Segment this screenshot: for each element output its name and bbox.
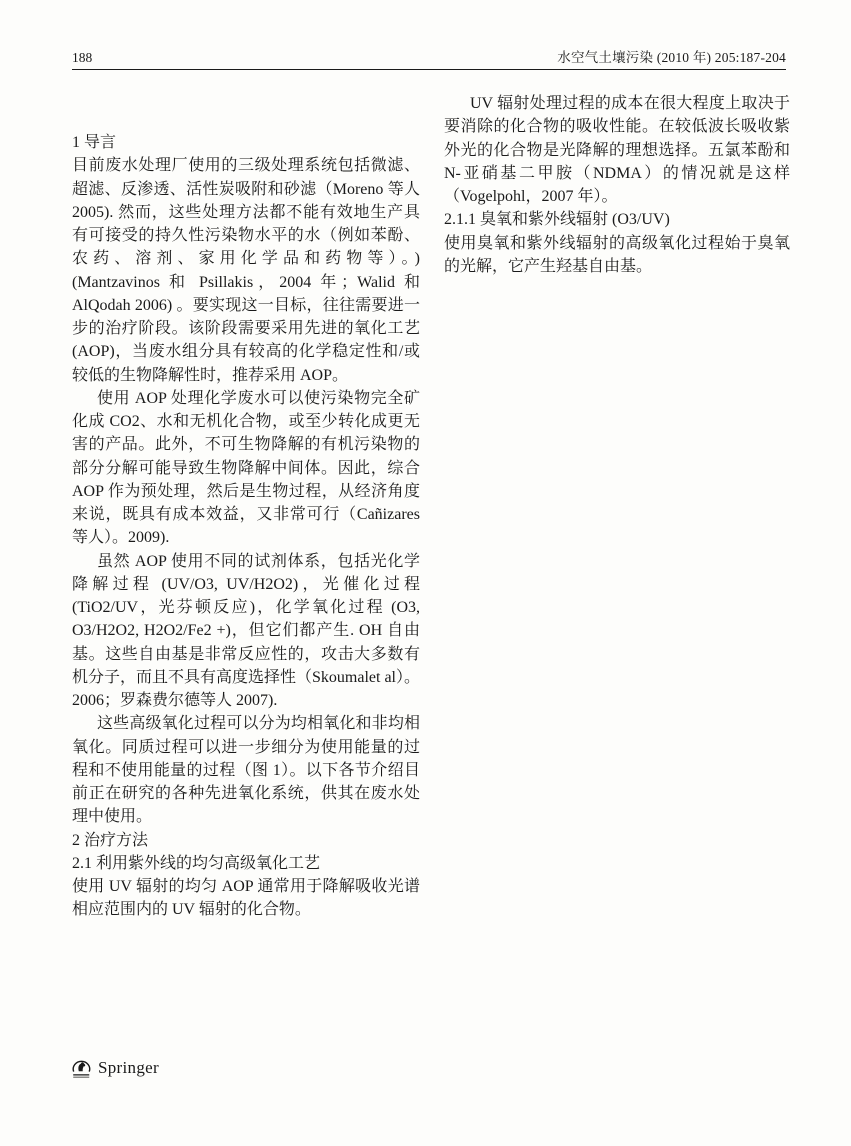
paragraph-aop-classification: 这些高级氧化过程可以分为均相氧化和非均相氧化。同质过程可以进一步细分为使用能量的… bbox=[72, 712, 420, 828]
publisher-logo: Springer bbox=[70, 1056, 159, 1080]
section-2-1-heading: 2.1 利用紫外线的均匀高级氧化工艺 bbox=[72, 852, 420, 875]
section-2-1-1-heading: 2.1.1 臭氧和紫外线辐射 (O3/UV) bbox=[444, 208, 790, 231]
page-number: 188 bbox=[72, 50, 92, 66]
paragraph-aop-mineralization: 使用 AOP 处理化学废水可以使污染物完全矿化成 CO2、水和无机化合物，或至少… bbox=[72, 387, 420, 550]
page-header: 188 水空气土壤污染 (2010 年) 205:187-204 bbox=[72, 50, 786, 70]
paragraph-uv-cost: UV 辐射处理过程的成本在很大程度上取决于要消除的化合物的吸收性能。在较低波长吸… bbox=[444, 92, 790, 208]
section-1-heading: 1 导言 bbox=[72, 131, 420, 154]
journal-reference: 水空气土壤污染 (2010 年) 205:187-204 bbox=[557, 50, 786, 66]
paragraph-intro: 目前废水处理厂使用的三级处理系统包括微滤、超滤、反渗透、活性炭吸附和砂滤（Mor… bbox=[72, 154, 420, 387]
paragraph-ozone-uv: 使用臭氧和紫外线辐射的高级氧化过程始于臭氧的光解，它产生羟基自由基。 bbox=[444, 232, 790, 279]
paragraph-aop-reagent-systems: 虽然 AOP 使用不同的试剂体系，包括光化学降解过程 (UV/O3, UV/H2… bbox=[72, 550, 420, 713]
paragraph-uv-homogeneous: 使用 UV 辐射的均匀 AOP 通常用于降解吸收光谱相应范围内的 UV 辐射的化… bbox=[72, 875, 420, 922]
publisher-name: Springer bbox=[98, 1058, 159, 1078]
column-left: 1 导言 目前废水处理厂使用的三级处理系统包括微滤、超滤、反渗透、活性炭吸附和砂… bbox=[72, 131, 420, 922]
column-right: UV 辐射处理过程的成本在很大程度上取决于要消除的化合物的吸收性能。在较低波长吸… bbox=[444, 92, 790, 278]
paper-page: 188 水空气土壤污染 (2010 年) 205:187-204 1 导言 目前… bbox=[0, 0, 851, 1146]
springer-horse-icon bbox=[70, 1056, 92, 1080]
section-2-heading: 2 治疗方法 bbox=[72, 829, 420, 852]
